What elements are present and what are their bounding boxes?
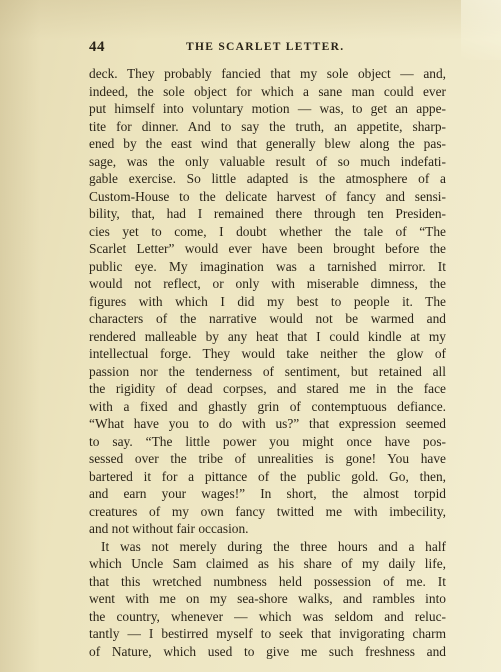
page-shading-top [0, 0, 501, 40]
text-line: public eye. My imagination was a tarnish… [89, 258, 446, 276]
text-line: rendered malleable by any heat that I co… [89, 328, 446, 346]
text-line: to say. “The little power you might once… [89, 433, 446, 451]
text-line: sessed over the tribe of unrealities is … [89, 450, 446, 468]
running-head: 44 THE SCARLET LETTER. [89, 39, 491, 57]
text-line: gable exercise. So little adapted is the… [89, 170, 446, 188]
running-title: THE SCARLET LETTER. [186, 41, 344, 53]
text-line: indeed, the sole object for which a sane… [89, 83, 446, 101]
text-line: ened by the east wind that generally ble… [89, 135, 446, 153]
paragraph-end-line: and not without fair occasion. [89, 520, 446, 538]
text-line: “What have you to do with us?” that expr… [89, 415, 446, 433]
text-line: cies yet to come, I doubt whether the ta… [89, 223, 446, 241]
text-line: tite for dinner. And to say the truth, a… [89, 118, 446, 136]
text-line: with a fixed and ghastly grin of contemp… [89, 398, 446, 416]
text-line: bility, that, had I remained there throu… [89, 205, 446, 223]
text-line: the rigidity of dead corpses, and stared… [89, 380, 446, 398]
text-line: would not reflect, or only with miserabl… [89, 275, 446, 293]
text-line: bartered it for a pittance of the public… [89, 468, 446, 486]
text-line: intellectual forge. They would take neit… [89, 345, 446, 363]
text-line: deck. They probably fancied that my sole… [89, 65, 446, 83]
text-line: went with me on my sea-shore walks, and … [89, 590, 446, 608]
text-line: figures with which I did my best to peop… [89, 293, 446, 311]
text-line: sage, was the only valuable result of so… [89, 153, 446, 171]
text-line: Scarlet Letter” would ever have been bro… [89, 240, 446, 258]
text-line: and earn your wages!” In short, the almo… [89, 485, 446, 503]
text-line: creatures of my own fancy twitted me wit… [89, 503, 446, 521]
text-line: of Nature, which used to give me such fr… [89, 643, 446, 661]
text-line: put himself into voluntary motion — was,… [89, 100, 446, 118]
paragraph-start-line: It was not merely during the three hours… [89, 538, 446, 556]
page-number: 44 [89, 39, 105, 56]
text-line: tantly — I bestirred myself to seek that… [89, 625, 446, 643]
text-line: Custom-House to the delicate harvest of … [89, 188, 446, 206]
text-line: which Uncle Sam claimed as his share of … [89, 555, 446, 573]
text-line: passion nor the tenderness of sentiment,… [89, 363, 446, 381]
page-shading-left [0, 0, 40, 672]
text-line: the country, whenever — which was seldom… [89, 608, 446, 626]
text-line: characters of the narrative would not be… [89, 310, 446, 328]
body-text: deck. They probably fancied that my sole… [89, 65, 446, 660]
text-line: that this wretched numbness held possess… [89, 573, 446, 591]
